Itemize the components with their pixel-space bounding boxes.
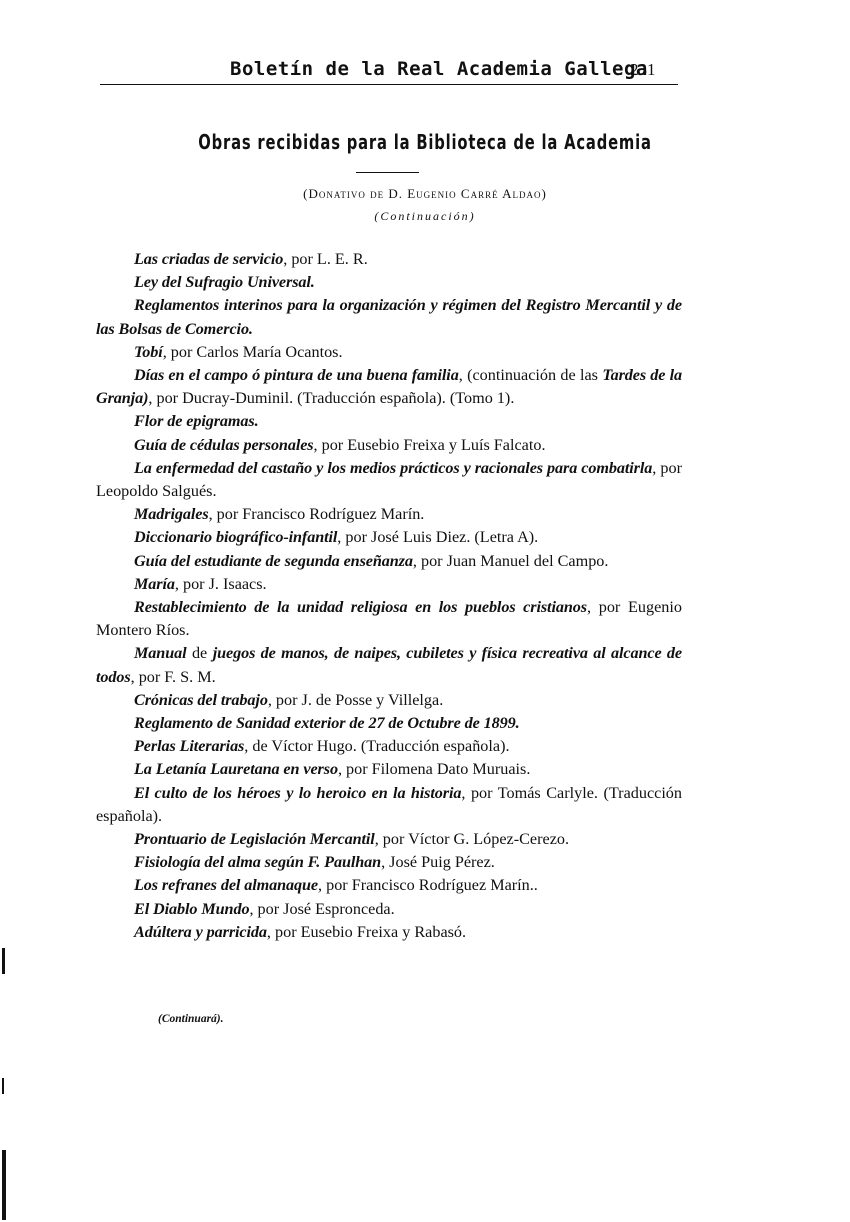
entry-title: María	[134, 575, 175, 593]
entry-title: Fisiología del alma según F. Paulhan	[134, 853, 381, 871]
entry-title: Diccionario biográfico-infantil	[134, 528, 337, 546]
list-item: Adúltera y parricida, por Eusebio Freixa…	[96, 921, 682, 944]
entry-author: , por Juan Manuel del Campo.	[413, 552, 609, 570]
list-item: Crónicas del trabajo, por J. de Posse y …	[96, 689, 682, 712]
entry-title: Manual	[134, 644, 186, 662]
entry-title: Guía de cédulas personales	[134, 436, 314, 454]
entry-author: , por Eusebio Freixa y Rabasó.	[267, 923, 466, 941]
entry-title: Tobí	[134, 343, 163, 361]
entry-author: , por L. E. R.	[283, 250, 368, 268]
entry-title: Flor de epigramas.	[134, 412, 259, 430]
scan-edge-mark	[2, 1078, 4, 1094]
entry-author: , por Eusebio Freixa y Luís Falcato.	[314, 436, 546, 454]
list-item: Madrigales, por Francisco Rodríguez Marí…	[96, 503, 682, 526]
entry-list: Las criadas de servicio, por L. E. R. Le…	[96, 248, 682, 944]
entry-author: , José Puig Pérez.	[381, 853, 495, 871]
page-number: 231	[630, 60, 656, 80]
list-item: El culto de los héroes y lo heroico en l…	[96, 782, 682, 828]
entry-author: , por J. de Posse y Villelga.	[268, 691, 443, 709]
entry-title: Las criadas de servicio	[134, 250, 283, 268]
list-item: La Letanía Lauretana en verso, por Filom…	[96, 758, 682, 781]
entry-title: Crónicas del trabajo	[134, 691, 268, 709]
entry-author: , de Víctor Hugo. (Traducción española).	[244, 737, 509, 755]
entry-title: Prontuario de Legislación Mercantil	[134, 830, 375, 848]
list-item: Los refranes del almanaque, por Francisc…	[96, 874, 682, 897]
donor-line: (Donativo de D. Eugenio Carré Aldao)	[0, 186, 850, 202]
entry-title: Los refranes del almanaque	[134, 876, 318, 894]
entry-author: , por F. S. M.	[131, 668, 216, 686]
list-item: Reglamento de Sanidad exterior de 27 de …	[96, 712, 682, 735]
entry-title: Reglamentos interinos para la organizaci…	[96, 296, 682, 337]
list-item: Prontuario de Legislación Mercantil, por…	[96, 828, 682, 851]
scan-edge-mark	[2, 1150, 6, 1220]
entry-title: Ley del Sufragio Universal.	[134, 273, 315, 291]
entry-title: La enfermedad del castaño y los medios p…	[134, 459, 652, 477]
entry-title: El Diablo Mundo	[134, 900, 249, 918]
entry-note: de	[186, 644, 212, 662]
continues-note: (Continuará).	[158, 1013, 224, 1025]
list-item: Guía de cédulas personales, por Eusebio …	[96, 434, 682, 457]
entry-title: La Letanía Lauretana en verso	[134, 760, 338, 778]
section-title: Obras recibidas para la Biblioteca de la…	[77, 130, 774, 154]
list-item: Tobí, por Carlos María Ocantos.	[96, 341, 682, 364]
running-title: Boletín de la Real Academia Gallega	[230, 58, 648, 80]
entry-title: El culto de los héroes y lo heroico en l…	[134, 784, 461, 802]
entry-author: , por Víctor G. López-Cerezo.	[375, 830, 569, 848]
list-item: Fisiología del alma según F. Paulhan, Jo…	[96, 851, 682, 874]
entry-author: , por José Luis Diez. (Letra A).	[337, 528, 538, 546]
list-item: Reglamentos interinos para la organizaci…	[96, 294, 682, 340]
entry-note: , (continuación de las	[459, 366, 603, 384]
entry-title: Restablecimiento de la unidad religiosa …	[134, 598, 587, 616]
entry-title: Perlas Literarias	[134, 737, 244, 755]
entry-author: , por Francisco Rodríguez Marín.	[209, 505, 425, 523]
header-rule	[100, 84, 678, 85]
running-header: Boletín de la Real Academia Gallega 231	[100, 56, 678, 86]
list-item: Perlas Literarias, de Víctor Hugo. (Trad…	[96, 735, 682, 758]
list-item: Guía del estudiante de segunda enseñanza…	[96, 550, 682, 573]
scan-edge-mark	[2, 948, 5, 974]
entry-author: , por Carlos María Ocantos.	[163, 343, 343, 361]
entry-author: , por Ducray-Duminil. (Traducción españo…	[148, 389, 514, 407]
entry-title: Guía del estudiante de segunda enseñanza	[134, 552, 413, 570]
list-item: El Diablo Mundo, por José Espronceda.	[96, 898, 682, 921]
entry-title: Adúltera y parricida	[134, 923, 267, 941]
entry-author: , por Filomena Dato Muruais.	[338, 760, 530, 778]
list-item: Restablecimiento de la unidad religiosa …	[96, 596, 682, 642]
list-item: Ley del Sufragio Universal.	[96, 271, 682, 294]
list-item: Días en el campo ó pintura de una buena …	[96, 364, 682, 410]
list-item: Las criadas de servicio, por L. E. R.	[96, 248, 682, 271]
entry-title: Madrigales	[134, 505, 209, 523]
entry-title: Días en el campo ó pintura de una buena …	[134, 366, 459, 384]
entry-author: , por José Espronceda.	[249, 900, 394, 918]
list-item: María, por J. Isaacs.	[96, 573, 682, 596]
title-divider	[356, 172, 419, 173]
entry-title: Reglamento de Sanidad exterior de 27 de …	[134, 714, 520, 732]
list-item: Flor de epigramas.	[96, 410, 682, 433]
entry-author: , por Francisco Rodríguez Marín..	[318, 876, 538, 894]
entry-author: , por J. Isaacs.	[175, 575, 267, 593]
continuation-label: (Continuación)	[0, 209, 850, 224]
list-item: Diccionario biográfico-infantil, por Jos…	[96, 526, 682, 549]
list-item: La enfermedad del castaño y los medios p…	[96, 457, 682, 503]
list-item: Manual de juegos de manos, de naipes, cu…	[96, 642, 682, 688]
